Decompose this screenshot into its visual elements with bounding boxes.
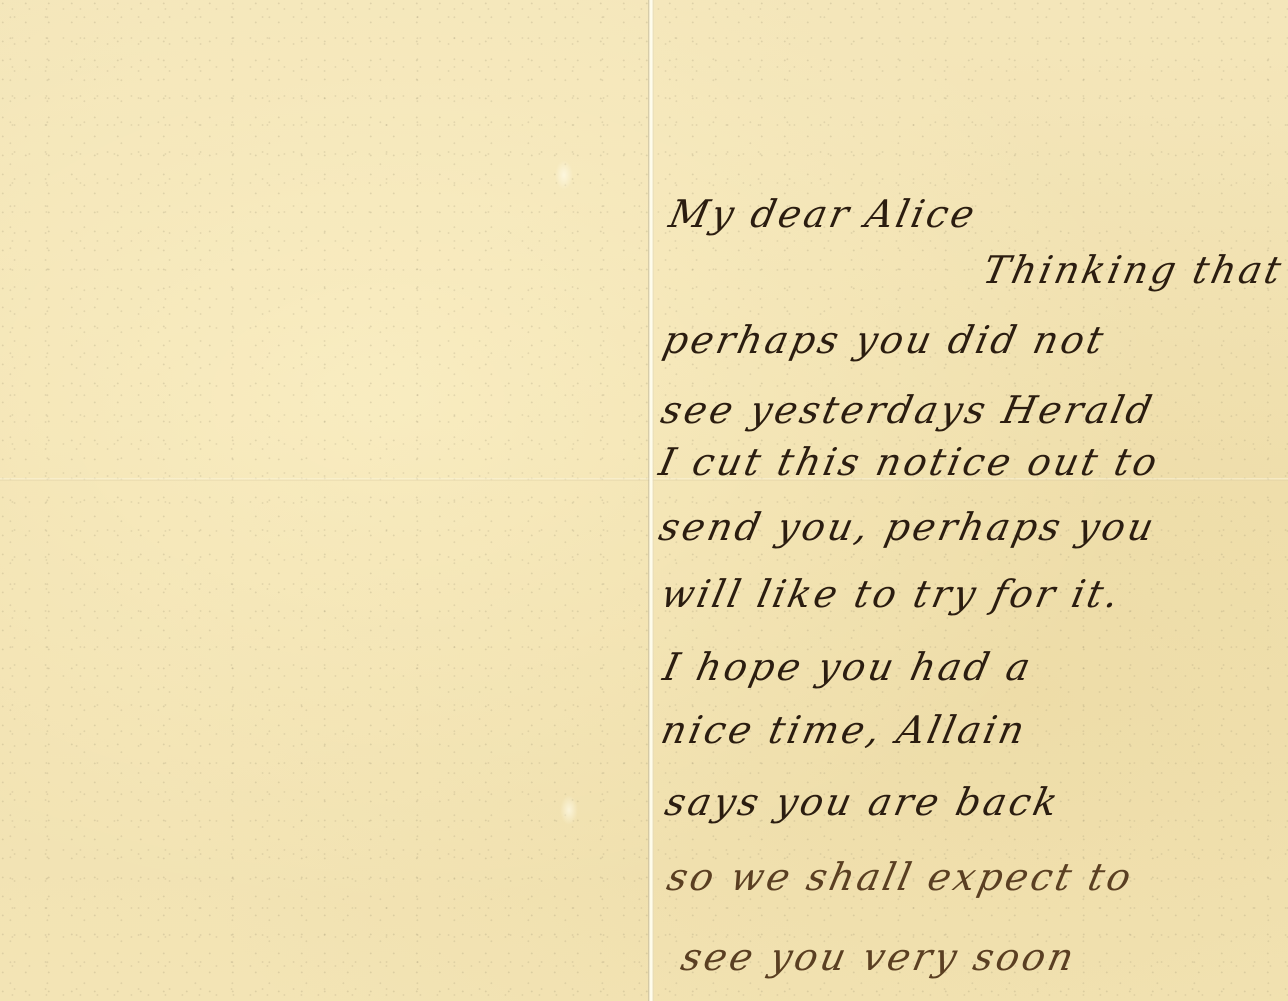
- letter-line-8: nice time, Allain: [657, 708, 1031, 752]
- letter-line-10: so we shall expect to: [663, 855, 1137, 899]
- salutation: My dear Alice: [665, 192, 981, 236]
- letter-line-1: Thinking that: [979, 248, 1288, 292]
- letter-line-11: see you very soon: [677, 935, 1080, 979]
- letter-line-6: will like to try for it.: [657, 572, 1125, 616]
- letter-line-7: I hope you had a: [659, 645, 1037, 689]
- emboss-mark-bottom: [560, 795, 578, 825]
- emboss-mark-top: [555, 160, 573, 190]
- right-page-letter: My dear Alice Thinking that perhaps you …: [654, 0, 1288, 1001]
- letter-line-9: says you are back: [661, 780, 1064, 824]
- letter-line-5: send you, perhaps you: [655, 505, 1160, 549]
- letter-sheet: My dear Alice Thinking that perhaps you …: [0, 0, 1288, 1001]
- left-page-blank: [0, 0, 648, 1001]
- letter-line-2: perhaps you did not: [659, 318, 1110, 362]
- letter-line-3: see yesterdays Herald: [657, 388, 1158, 432]
- letter-line-4: I cut this notice out to: [655, 440, 1164, 484]
